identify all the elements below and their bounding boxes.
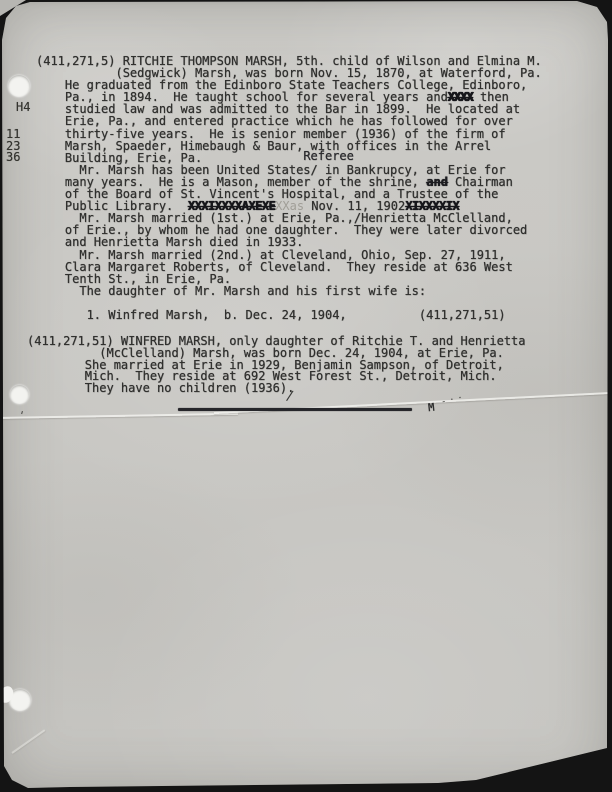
stray-tick-mark: ' — [17, 409, 26, 421]
typed-line: Tenth St., in Erie, Pa. — [36, 273, 542, 285]
typed-entry-411-271-5: (411,271,5) RITCHIE THOMPSON MARSH, 5th.… — [36, 55, 542, 321]
typed-line-child-list-item: 1. Winfred Marsh, b. Dec. 24, 1904, (411… — [36, 309, 542, 321]
paper-sheet: H4 11 23 36 (411,271,5) RITCHIE THOMPSON… — [0, 0, 612, 792]
typed-separator-rule — [178, 408, 412, 411]
slash-mark: / — [285, 390, 295, 404]
typed-entry-411-271-51: (411,271,51) WINFRED MARSH, only daughte… — [27, 336, 526, 395]
pencil-scribble-m: M — [427, 402, 435, 414]
typed-line: thirty-five years. He is senior member (… — [36, 128, 542, 140]
paper-crease — [0, 413, 238, 419]
typed-line: Mr. Marsh married (2nd.) at Cleveland, O… — [36, 249, 542, 261]
hole-punch — [9, 689, 31, 711]
typed-line: Erie, Pa., and entered practice which he… — [36, 115, 542, 127]
margin-note-h4: H4 — [16, 101, 30, 113]
typed-line: and Henrietta Marsh died in 1933. — [36, 236, 542, 248]
typed-line: The daughter of Mr. Marsh and his first … — [36, 285, 542, 297]
pencil-scribble-dots: -·· — [440, 393, 467, 407]
typed-line: Clara Margaret Roberts, of Cleveland. Th… — [36, 261, 542, 273]
paper-crease — [11, 729, 45, 754]
hole-punch — [8, 75, 30, 97]
hole-punch-tear — [0, 684, 16, 704]
interlinear-insertion-referee: Referee — [303, 149, 354, 163]
scanned-document-page: H4 11 23 36 (411,271,5) RITCHIE THOMPSON… — [0, 0, 612, 792]
margin-note-36: 36 — [6, 151, 20, 163]
typed-line: They have no children (1936). — [27, 383, 526, 395]
